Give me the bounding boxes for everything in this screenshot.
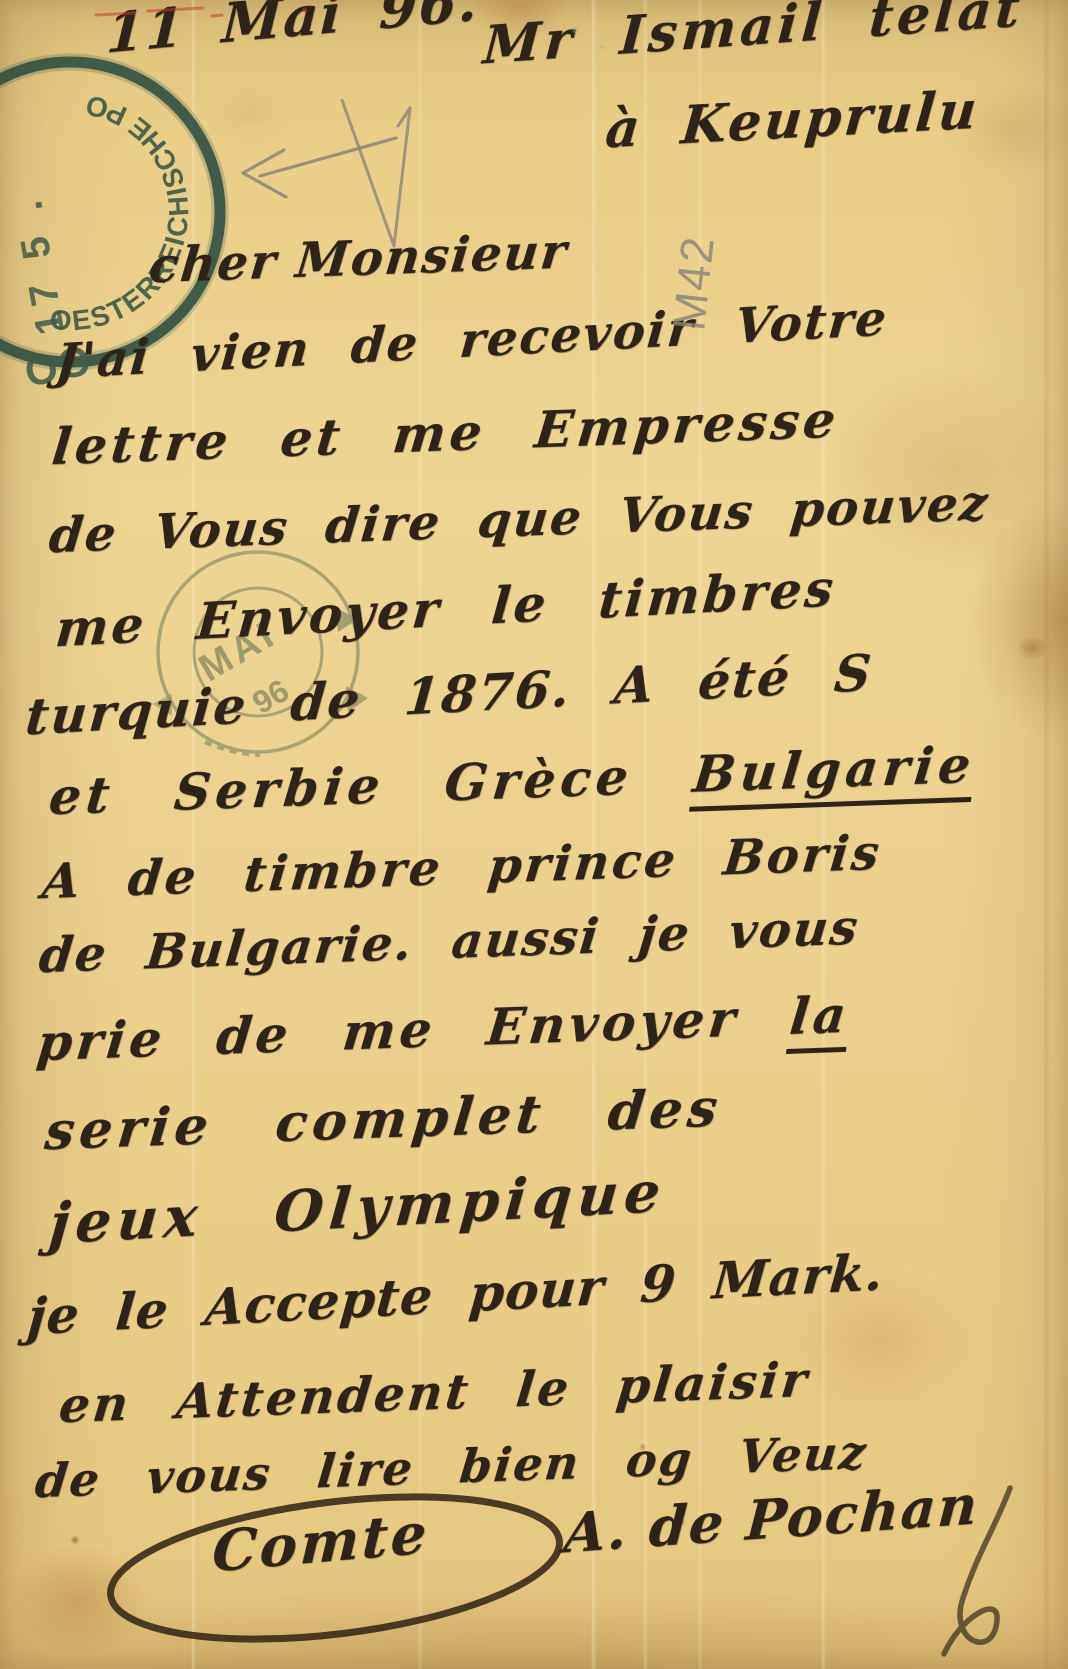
pencil-arrow-left [243,138,396,197]
body-line: turquie de 1876. A été S [24,648,875,743]
body-line: de Bulgarie. aussi je vous [37,903,862,980]
pencil-check-mark [342,100,410,246]
body-line: lettre et me Empresse [50,395,842,473]
body-text: serie complet des [42,1077,725,1162]
body-text: J'ai vien de recevoir Votre [53,290,890,390]
body-line: me Envoyer le timbres [54,563,838,654]
body-text: de Bulgarie. aussi je vous [37,899,863,984]
body-text: me Envoyer le timbres [53,558,838,658]
body-text: et Serbie Grèce [46,744,696,826]
body-text: A de timbre prince Boris [40,825,885,911]
addressee-line1: Mr Ismail telat [481,0,1025,72]
signature-name: A. de Pochan [562,1477,981,1560]
body-text: lettre et me Empresse [49,390,842,477]
body-text: je le Accepte pour 9 Mark. [25,1242,886,1346]
body-text: prie de me Envoyer [34,987,793,1073]
body-line: A de timbre prince Boris [40,829,884,907]
body-line: et Serbie Grèce Bulgarie [47,740,978,823]
body-line: J'ai vien de recevoir Votre [54,294,890,386]
date-line: 11 Mai 96. [105,0,480,60]
stamp-date-text: 17 5 . [5,190,73,338]
body-line: de Vous dire que Vous pouvez [47,479,991,560]
signature-prefix: Comte [211,1505,431,1580]
body-line: prie de me Envoyer la [35,990,853,1069]
underlined-word: Bulgarie [689,735,978,812]
postcard-scan: OESTERREICHISCHE POST 17 5 . CO MAI 96 1… [0,0,1068,1669]
addressee-line2: à Keuprulu [603,84,981,156]
body-line: je le Accepte pour 9 Mark. [26,1247,886,1342]
underlined-word: la [786,985,852,1054]
body-line: en Attendent le plaisir [57,1356,812,1430]
stamp-smudge [205,742,260,755]
body-text: jeux Olympique [47,1159,669,1258]
body-text: turquie de 1876. A été S [23,643,875,747]
body-text: de Vous dire que Vous pouvez [47,475,992,564]
body-line: jeux Olympique [47,1164,668,1253]
body-text: en Attendent le plaisir [57,1352,813,1434]
salutation: cher Monsieur [147,227,571,290]
body-line: serie complet des [43,1082,725,1158]
